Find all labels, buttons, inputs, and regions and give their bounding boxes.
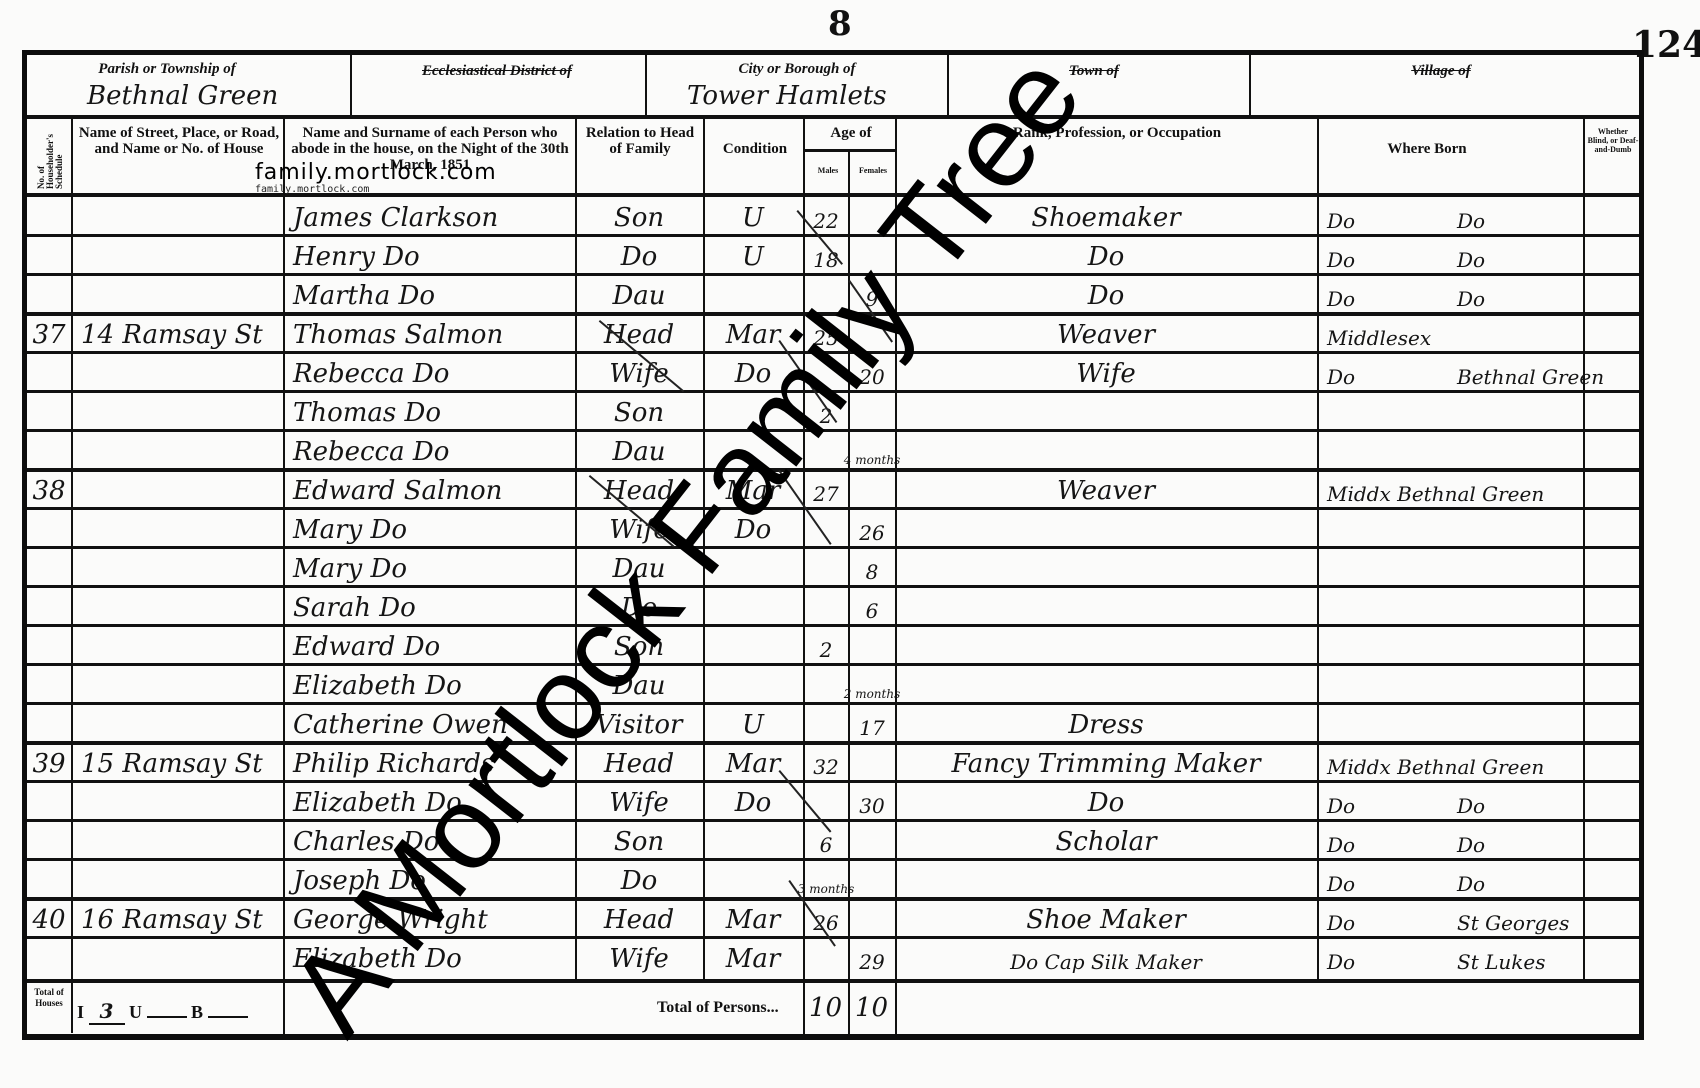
condition: Mar (726, 905, 781, 935)
relation: Dau (612, 437, 665, 467)
born-parish: Do (1457, 833, 1485, 857)
female-age: 6 (866, 599, 879, 623)
person-name: Sarah Do (293, 593, 416, 623)
table-row[interactable]: Joseph Do Do 3 months Do Do (27, 860, 1639, 899)
person-name: Mary Do (293, 554, 407, 584)
condition: U (742, 710, 764, 740)
table-row[interactable]: Edward Do Son 2 (27, 626, 1639, 665)
female-age: 29 (859, 950, 884, 974)
inhabited-label: I (77, 1002, 84, 1022)
col-age-header: Age of (807, 125, 895, 141)
person-name: Thomas Do (293, 398, 441, 428)
table-row[interactable]: Catherine Owen Visitor U 17 Dress (27, 704, 1639, 743)
occupation: Fancy Trimming Maker (951, 749, 1260, 779)
condition: Mar (726, 944, 781, 974)
condition: Do (735, 788, 772, 818)
uninhabited-value (147, 1016, 187, 1018)
occupation: Do Cap Silk Maker (1010, 950, 1202, 974)
female-age: 30 (859, 794, 884, 818)
relation: Wife (609, 788, 669, 818)
uninhabited-label: U (129, 1002, 142, 1022)
person-name: Edward Salmon (293, 476, 502, 506)
census-sheet: Parish or Township of Bethnal Green Eccl… (22, 50, 1644, 1040)
male-age: 32 (813, 755, 838, 779)
person-name: Rebecca Do (293, 359, 449, 389)
watermark-url-small: family.mortlock.com (255, 184, 369, 195)
occupation: Shoe Maker (1026, 905, 1186, 935)
table-row[interactable]: Mary Do Wife Do 26 (27, 509, 1639, 548)
village-cell: Village of (1251, 55, 1641, 118)
table-row[interactable]: 39 15 Ramsay St Philip Richards Head Mar… (27, 743, 1639, 782)
born-county: Do (1327, 209, 1355, 233)
col-schedule-label: No. of Householder's Schedule (37, 123, 64, 189)
relation: Wife (609, 944, 669, 974)
occupation: Do (1088, 788, 1125, 818)
born-parish: Do (1457, 209, 1485, 233)
parish-value: Bethnal Green (87, 81, 278, 111)
table-row[interactable]: 40 16 Ramsay St George Wright Head Mar 2… (27, 899, 1639, 938)
parish-cell: Parish or Township of Bethnal Green (27, 55, 350, 118)
born-county: Do (1327, 365, 1355, 389)
building-value (208, 1016, 248, 1018)
relation: Dau (612, 281, 665, 311)
occupation: Wife (1076, 359, 1136, 389)
relation: Wife (609, 359, 669, 389)
col-males-header: Males (807, 163, 849, 179)
born-county: Middx Bethnal Green (1327, 755, 1544, 779)
schedule-number: 38 (32, 476, 65, 506)
ecclesiastical-cell: Ecclesiastical District of (352, 55, 645, 118)
occupation: Shoemaker (1031, 203, 1180, 233)
borough-label: City or Borough of (697, 61, 897, 77)
female-age: 17 (859, 716, 884, 740)
person-name: Rebecca Do (293, 437, 449, 467)
female-age: 26 (859, 521, 884, 545)
female-age: 4 months (844, 453, 901, 467)
born-parish: St Georges (1457, 911, 1569, 935)
watermark-url: family.mortlock.com (255, 160, 497, 185)
born-parish: Do (1457, 794, 1485, 818)
born-county: Do (1327, 833, 1355, 857)
condition: Mar (726, 749, 781, 779)
person-name: Martha Do (293, 281, 435, 311)
occupation: Weaver (1057, 476, 1155, 506)
occupation: Weaver (1057, 320, 1155, 350)
header-locality-row: Parish or Township of Bethnal Green Eccl… (27, 55, 1639, 118)
born-county: Do (1327, 287, 1355, 311)
person-name: Henry Do (293, 242, 420, 272)
table-row[interactable]: 38 Edward Salmon Head Mar 27 Weaver Midd… (27, 470, 1639, 509)
born-parish: Do (1457, 872, 1485, 896)
born-county: Middx Bethnal Green (1327, 482, 1544, 506)
male-age: 6 (820, 833, 833, 857)
house-counts: I 3 U B (77, 999, 248, 1025)
totals-row: Total of Houses I 3 U B Total of Persons… (27, 983, 1639, 1035)
address: 14 Ramsay St (81, 320, 263, 350)
male-age: 2 (820, 638, 833, 662)
born-parish: St Lukes (1457, 950, 1545, 974)
table-row[interactable]: Sarah Do Do 6 (27, 587, 1639, 626)
person-name: Mary Do (293, 515, 407, 545)
relation: Son (614, 398, 664, 428)
village-label: Village of (1371, 63, 1511, 79)
occupation: Do (1088, 242, 1125, 272)
page-number-top: 8 (828, 4, 852, 44)
males-total: 10 (809, 993, 842, 1023)
born-parish: Bethnal Green (1457, 365, 1604, 389)
schedule-number: 39 (32, 749, 65, 779)
born-parish: Do (1457, 287, 1485, 311)
condition: U (742, 242, 764, 272)
building-label: B (191, 1002, 203, 1022)
relation: Do (621, 242, 658, 272)
born-county: Middlesex (1327, 326, 1431, 350)
schedule-number: 37 (32, 320, 65, 350)
col-relation-header: Relation to Head of Family (579, 125, 701, 157)
male-age: 3 months (798, 882, 855, 896)
female-age: 8 (866, 560, 879, 584)
born-county: Do (1327, 794, 1355, 818)
table-row[interactable]: James Clarkson Son U 22 Shoemaker Do Do (27, 197, 1639, 236)
table-row[interactable]: Elizabeth Do Wife Do 30 Do Do Do (27, 782, 1639, 821)
ecclesiastical-label: Ecclesiastical District of (382, 63, 612, 79)
col-address-header: Name of Street, Place, or Road, and Name… (75, 125, 283, 157)
occupation: Dress (1068, 710, 1143, 740)
occupation: Scholar (1055, 827, 1156, 857)
person-name: Elizabeth Do (293, 671, 462, 701)
females-total: 10 (855, 993, 888, 1023)
col-schedule-header: No. of Householder's Schedule (29, 123, 71, 189)
person-name: Thomas Salmon (293, 320, 503, 350)
col-condition-header: Condition (707, 141, 803, 157)
occupation: Do (1088, 281, 1125, 311)
condition: U (742, 203, 764, 233)
table-row[interactable]: Elizabeth Do Dau 2 months (27, 665, 1639, 704)
person-name: Edward Do (293, 632, 440, 662)
table-row[interactable]: Charles Do Son 6 Scholar Do Do (27, 821, 1639, 860)
born-county: Do (1327, 950, 1355, 974)
male-age: 22 (813, 209, 838, 233)
person-name: James Clarkson (293, 203, 498, 233)
borough-value: Tower Hamlets (687, 81, 887, 111)
relation: Head (604, 749, 674, 779)
col-blind-header: Whether Blind, or Deaf-and-Dumb (1587, 127, 1639, 154)
schedule-number: 40 (32, 905, 65, 935)
address: 15 Ramsay St (81, 749, 263, 779)
born-parish: Do (1457, 248, 1485, 272)
born-county: Do (1327, 872, 1355, 896)
relation: Head (604, 905, 674, 935)
table-row[interactable]: Mary Do Dau 8 (27, 548, 1639, 587)
inhabited-value: 3 (89, 999, 125, 1025)
male-age: 27 (813, 482, 838, 506)
born-county: Do (1327, 248, 1355, 272)
borough-cell: City or Borough of Tower Hamlets (647, 55, 947, 118)
total-persons-label: Total of Persons... (657, 999, 779, 1017)
female-age: 2 months (844, 687, 901, 701)
relation: Do (621, 866, 658, 896)
parish-label: Parish or Township of (67, 61, 267, 77)
col-where-born-header: Where Born (1327, 141, 1527, 157)
address: 16 Ramsay St (81, 905, 263, 935)
total-houses-label: Total of Houses (29, 987, 69, 1009)
relation: Son (614, 827, 664, 857)
relation: Son (614, 203, 664, 233)
born-county: Do (1327, 911, 1355, 935)
